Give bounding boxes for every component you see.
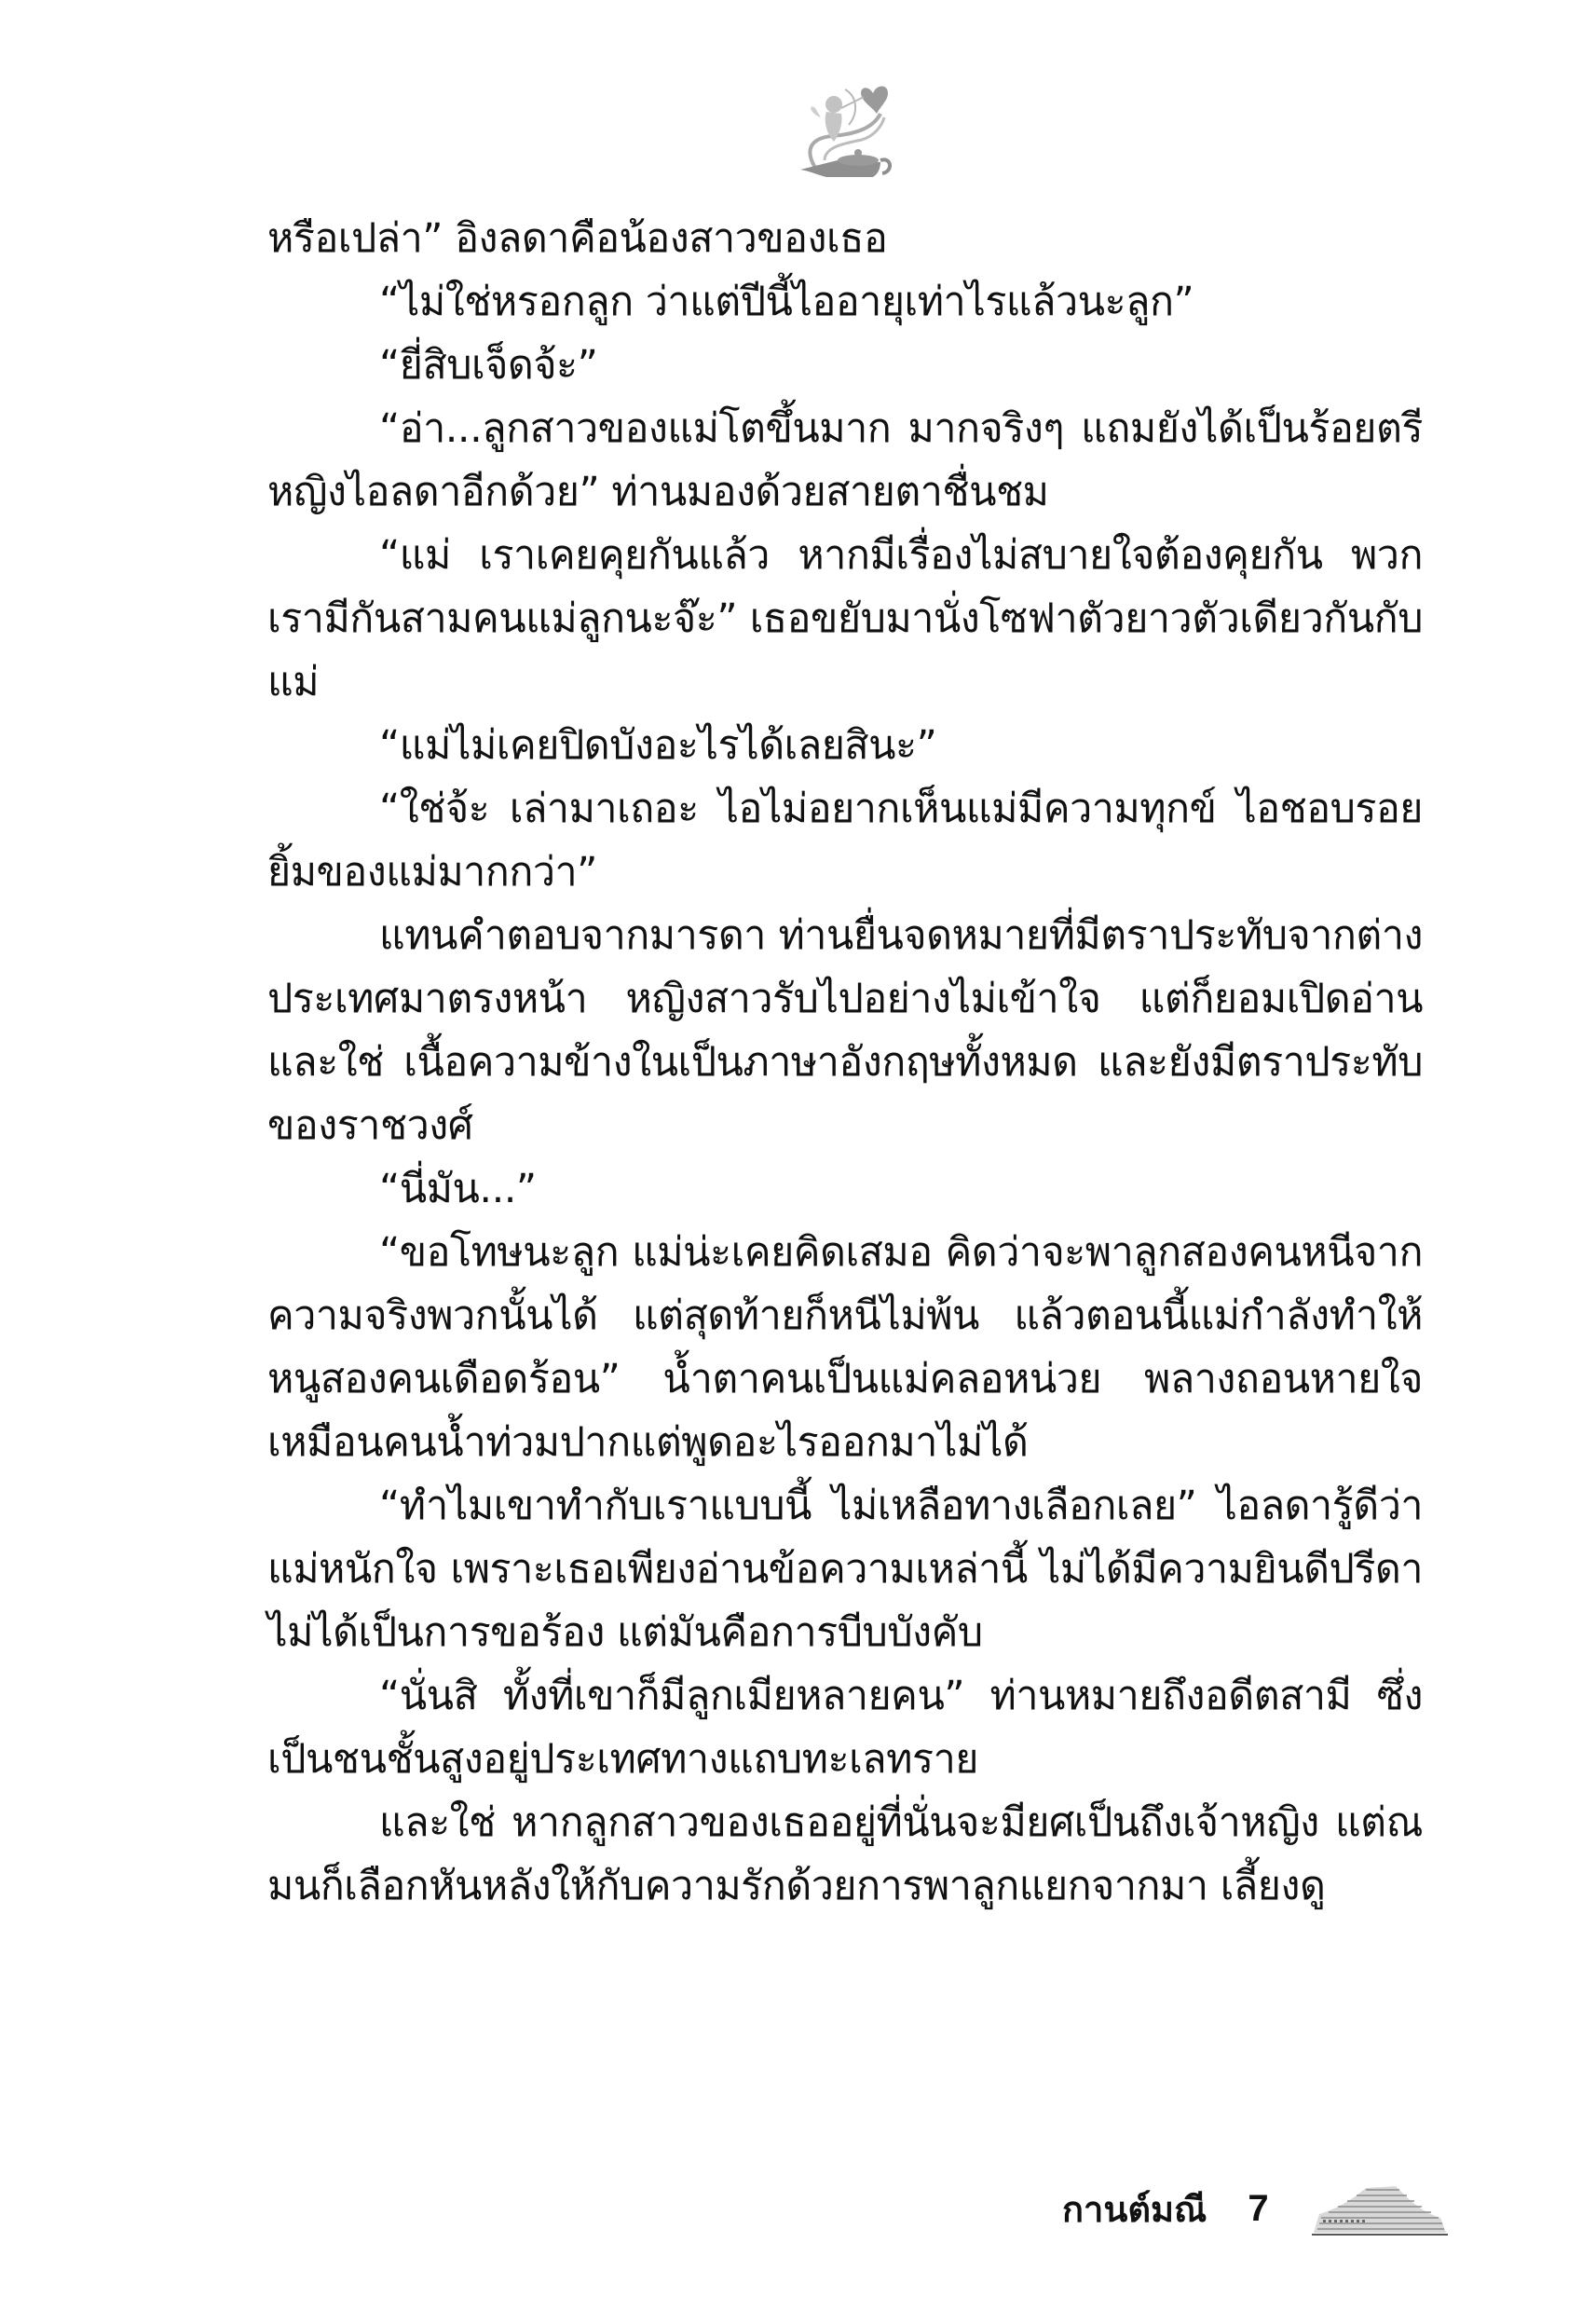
- paragraph: “ใช่จ้ะ เล่ามาเถอะ ไอไม่อยากเห็นแม่มีควา…: [267, 777, 1423, 904]
- paragraph: “แม่ เราเคยคุยกันแล้ว หากมีเรื่องไม่สบาย…: [267, 524, 1423, 714]
- paragraph: “ทำไมเขาทำกับเราแบบนี้ ไม่เหลือทางเลือกเ…: [267, 1474, 1423, 1664]
- paragraph: “ไม่ใช่หรอกลูก ว่าแต่ปีนี้ไออายุเท่าไรแล…: [267, 270, 1423, 334]
- paragraph: หรือเปล่า” อิงลดาคือน้องสาวของเธอ: [267, 207, 1423, 270]
- genie-lamp-cupid-ornament-icon: [787, 56, 899, 177]
- novel-page-body: หรือเปล่า” อิงลดาคือน้องสาวของเธอ “ไม่ใช…: [267, 207, 1423, 1918]
- paragraph: “อ่า...ลูกสาวของแม่โตขึ้นมาก มากจริงๆ แถ…: [267, 397, 1423, 524]
- paragraph: “นี่มัน...”: [267, 1157, 1423, 1221]
- paragraph: “ขอโทษนะลูก แม่น่ะเคยคิดเสมอ คิดว่าจะพาล…: [267, 1221, 1423, 1474]
- page-number: 7: [1248, 2188, 1268, 2230]
- paragraph: “ยี่สิบเจ็ดจ้ะ”: [267, 334, 1423, 397]
- page-footer: กานต์มณี 7: [1062, 2171, 1450, 2246]
- paragraph: และใช่ หากลูกสาวของเธออยู่ที่นั่นจะมียศเ…: [267, 1791, 1423, 1918]
- cruise-ship-icon: [1310, 2181, 1450, 2236]
- paragraph: “แม่ไม่เคยปิดบังอะไรได้เลยสินะ”: [267, 714, 1423, 777]
- book-title: กานต์มณี: [1062, 2181, 1207, 2237]
- paragraph: “นั่นสิ ทั้งที่เขาก็มีลูกเมียหลายคน” ท่า…: [267, 1664, 1423, 1791]
- paragraph: แทนคำตอบจากมารดา ท่านยื่นจดหมายที่มีตราป…: [267, 904, 1423, 1157]
